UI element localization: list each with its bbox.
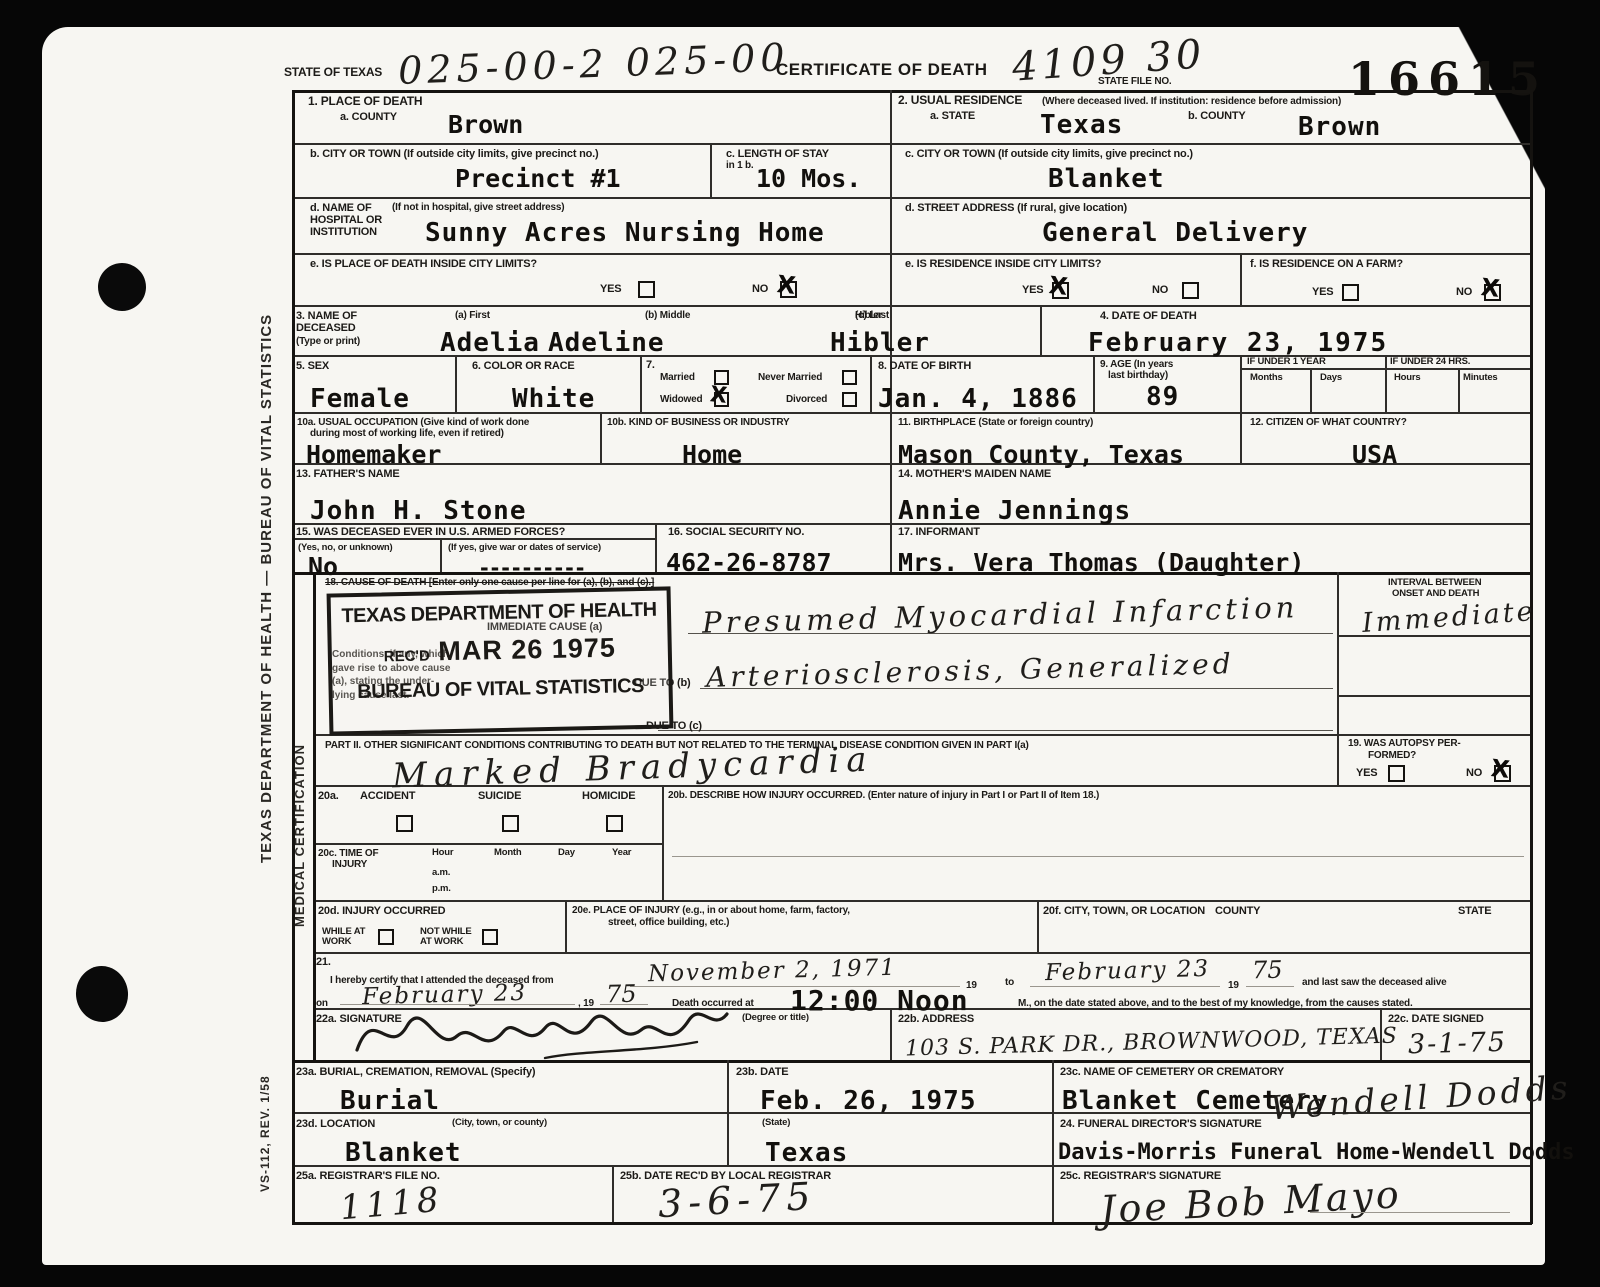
field-13-label: 13. FATHER'S NAME — [296, 468, 400, 481]
grid-line — [440, 538, 442, 572]
checkbox-19-yes — [1388, 765, 1405, 782]
grid-line — [1385, 355, 1387, 412]
field-19-label: FORMED? — [1368, 750, 1416, 762]
field-23a-value: Burial — [340, 1086, 440, 1116]
grid-line — [710, 143, 712, 197]
grid-line — [292, 305, 1532, 307]
field-23d-city-value: Blanket — [345, 1138, 462, 1168]
field-2b-label: b. COUNTY — [1188, 110, 1245, 123]
field-2b-value: Brown — [1298, 112, 1381, 142]
checkbox-2f-no-mark: X — [1480, 275, 1501, 301]
field-6-label: 6. COLOR OR RACE — [472, 360, 575, 373]
state-file-number: 16615 — [1348, 52, 1548, 106]
sidebar-department-label: TEXAS DEPARTMENT OF HEALTH — BUREAU OF V… — [258, 236, 275, 940]
grid-line — [292, 90, 295, 1224]
field-7-label: 7. — [646, 359, 655, 372]
field-20d-label: 20d. INJURY OCCURRED — [318, 905, 445, 918]
checkbox-20a-accident — [396, 815, 413, 832]
field-19-yes-label: YES — [1356, 767, 1377, 780]
field-19-label: 19. WAS AUTOPSY PER- — [1348, 738, 1461, 750]
field-3b-label: (b) Middle — [645, 310, 690, 322]
grid-line — [1240, 253, 1242, 305]
checkbox-20d-while-at-work — [378, 929, 394, 945]
field-9-under1yr-label: IF UNDER 1 YEAR — [1247, 357, 1326, 368]
field-21-text: and last saw the deceased alive — [1302, 977, 1446, 989]
field-22a-degree-label: (Degree or title) — [742, 1013, 809, 1024]
field-16-value: 462-26-8787 — [666, 548, 832, 577]
field-20c-pm-label: p.m. — [432, 884, 451, 895]
rule-line — [1246, 986, 1294, 987]
grid-line — [1052, 1060, 1054, 1222]
field-10b-label: 10b. KIND OF BUSINESS OR INDUSTRY — [607, 417, 790, 429]
field-1e-label: e. IS PLACE OF DEATH INSIDE CITY LIMITS? — [310, 258, 537, 271]
field-1c-value: 10 Mos. — [756, 164, 861, 193]
grid-line — [655, 523, 657, 572]
scanned-death-certificate: TEXAS DEPARTMENT OF HEALTH — BUREAU OF V… — [0, 0, 1600, 1287]
field-17-label: 17. INFORMANT — [898, 526, 980, 539]
rule-line — [658, 730, 1333, 731]
field-2d-label: d. STREET ADDRESS (If rural, give locati… — [905, 202, 1127, 215]
field-1e-no-label: NO — [752, 283, 768, 296]
field-23b-label: 23b. DATE — [736, 1066, 788, 1079]
field-5-label: 5. SEX — [296, 360, 329, 373]
field-2c-value: Blanket — [1048, 164, 1165, 194]
field-2c-label: c. CITY OR TOWN (If outside city limits,… — [905, 148, 1193, 161]
field-7-never-married-label: Never Married — [758, 372, 822, 384]
field-20c-label: INJURY — [332, 859, 367, 871]
stamp-line3: BUREAU OF VITAL STATISTICS — [332, 674, 668, 704]
field-10a-value: Homemaker — [306, 440, 441, 469]
field-1c-label: c. LENGTH OF STAY — [726, 148, 829, 161]
grid-line — [1040, 305, 1042, 355]
field-1d-value: Sunny Acres Nursing Home — [425, 218, 825, 248]
field-3-title: 3. NAME OF — [296, 310, 357, 323]
grid-line — [313, 734, 1532, 736]
field-20a-homicide-label: HOMICIDE — [582, 790, 635, 803]
field-2-subtitle: (Where deceased lived. If institution: r… — [1042, 96, 1341, 108]
field-1-title: 1. PLACE OF DEATH — [308, 95, 422, 109]
field-10a-label: during most of working life, even if ret… — [310, 428, 504, 440]
field-10b-value: Home — [682, 440, 742, 469]
field-21-to-handwritten: February 23 — [1045, 956, 1211, 986]
field-2f-label: f. IS RESIDENCE ON A FARM? — [1250, 258, 1403, 271]
grid-line — [313, 952, 1532, 954]
grid-line — [640, 355, 642, 412]
field-20f-state-label: STATE — [1458, 905, 1491, 918]
grid-line — [313, 900, 1532, 902]
field-7-married-label: Married — [660, 372, 695, 384]
field-3-subtitle: (Type or print) — [296, 336, 360, 348]
checkbox-7-never-married — [842, 370, 857, 385]
field-8-label: 8. DATE OF BIRTH — [878, 360, 971, 373]
field-24-label: 24. FUNERAL DIRECTOR'S SIGNATURE — [1060, 1118, 1262, 1131]
field-4-label: 4. DATE OF DEATH — [1100, 310, 1197, 323]
field-3c-value: Hibler — [830, 328, 930, 358]
grid-line — [1530, 90, 1533, 1224]
checkbox-7-divorced — [842, 392, 857, 407]
field-21-number: 21. — [316, 956, 331, 969]
field-20c-am-label: a.m. — [432, 868, 450, 879]
checkbox-1e-no-mark: X — [776, 272, 797, 298]
interval-label: ONSET AND DEATH — [1392, 589, 1479, 600]
field-2e-no-label: NO — [1152, 284, 1168, 297]
received-stamp: TEXAS DEPARTMENT OF HEALTH REC'D MAR 26 … — [327, 586, 674, 735]
grid-line — [292, 253, 1532, 255]
field-2d-value: General Delivery — [1042, 218, 1308, 248]
field-21-to-year-handwritten: 75 — [1252, 956, 1283, 985]
field-24-typed-value: Davis-Morris Funeral Home-Wendell Dodds — [1058, 1140, 1575, 1165]
grid-line — [1337, 695, 1532, 697]
grid-line — [1240, 355, 1242, 463]
grid-line — [1037, 900, 1039, 952]
field-5-value: Female — [310, 384, 410, 414]
field-9-minutes-label: Minutes — [1463, 373, 1498, 384]
field-20a-accident-label: ACCIDENT — [360, 790, 415, 803]
field-11-value: Mason County, Texas — [898, 440, 1184, 469]
checkbox-7-widowed-mark: X — [709, 384, 728, 408]
field-18-label: 18. CAUSE OF DEATH [Enter only one cause… — [325, 577, 654, 589]
field-20c-hour-label: Hour — [432, 848, 453, 859]
grid-line — [292, 1222, 1532, 1225]
field-10a-label: 10a. USUAL OCCUPATION (Give kind of work… — [297, 417, 529, 429]
field-20e-label: street, office building, etc.) — [608, 917, 729, 929]
field-23b-value: Feb. 26, 1975 — [760, 1086, 977, 1116]
field-20a-label: 20a. — [318, 790, 339, 803]
field-3c-label: (c) Last — [855, 310, 889, 322]
field-20c-year-label: Year — [612, 848, 631, 859]
field-25b-handwritten-value: 3-6-75 — [657, 1174, 817, 1226]
field-2f-no-label: NO — [1456, 286, 1472, 299]
checkbox-20d-not-while-at-work — [482, 929, 498, 945]
grid-line — [455, 355, 457, 412]
field-1d-label: INSTITUTION — [310, 226, 377, 239]
field-2a-label: a. STATE — [930, 110, 975, 123]
field-3a-value: Adelia — [440, 328, 540, 358]
field-15-label: 15. WAS DECEASED EVER IN U.S. ARMED FORC… — [296, 526, 565, 539]
field-20f-county-label: COUNTY — [1215, 905, 1260, 918]
field-2a-value: Texas — [1040, 110, 1123, 140]
field-20c-day-label: Day — [558, 848, 575, 859]
certifying-physician-signature — [345, 992, 735, 1064]
rule-line — [1310, 1212, 1510, 1213]
grid-line — [1337, 572, 1339, 785]
grid-line — [313, 843, 662, 845]
field-1d-paren: (If not in hospital, give street address… — [392, 202, 564, 214]
field-20d-notwhile-label: AT WORK — [420, 937, 463, 948]
field-22c-label: 22c. DATE SIGNED — [1388, 1013, 1484, 1026]
field-20f-label: 20f. CITY, TOWN, OR LOCATION — [1043, 905, 1205, 918]
field-1c-sublabel: in 1 b. — [726, 160, 754, 172]
grid-line — [870, 355, 872, 412]
field-4-value: February 23, 1975 — [1088, 328, 1388, 358]
field-9-days-label: Days — [1320, 373, 1342, 384]
field-20c-month-label: Month — [494, 848, 522, 859]
field-11-label: 11. BIRTHPLACE (State or foreign country… — [898, 417, 1093, 429]
state-of-texas-label: STATE OF TEXAS — [284, 66, 382, 80]
field-2-title: 2. USUAL RESIDENCE — [898, 94, 1022, 108]
field-1d-label: HOSPITAL OR — [310, 214, 382, 227]
field-2f-yes-label: YES — [1312, 286, 1333, 299]
field-20d-whileat-label: WORK — [322, 937, 351, 948]
field-16-label: 16. SOCIAL SECURITY NO. — [668, 526, 804, 539]
grid-line — [600, 412, 602, 463]
field-3-title: DECEASED — [296, 322, 356, 335]
field-21-to-label: to — [1005, 977, 1014, 989]
stamp-recd: REC'D — [384, 647, 430, 665]
field-7-divorced-label: Divorced — [786, 394, 827, 406]
field-21-19-prefix: 19 — [1228, 980, 1239, 992]
field-8-value: Jan. 4, 1886 — [878, 384, 1078, 414]
grid-line — [1093, 355, 1095, 412]
field-1a-label: a. COUNTY — [340, 111, 397, 124]
field-2e-label: e. IS RESIDENCE INSIDE CITY LIMITS? — [905, 258, 1101, 271]
stamp-line1: TEXAS DEPARTMENT OF HEALTH — [331, 598, 667, 628]
checkbox-2f-yes — [1342, 284, 1359, 301]
field-21-on-label: on — [316, 998, 328, 1010]
checkbox-1e-yes — [638, 281, 655, 298]
state-file-no-label: STATE FILE NO. — [1098, 76, 1172, 88]
field-9-hours-label: Hours — [1394, 373, 1420, 384]
field-17-value: Mrs. Vera Thomas (Daughter) — [898, 548, 1304, 577]
grid-line — [662, 785, 664, 900]
field-14-label: 14. MOTHER'S MAIDEN NAME — [898, 468, 1051, 481]
grid-line — [1310, 368, 1312, 412]
field-20b-label: 20b. DESCRIBE HOW INJURY OCCURRED. (Ente… — [668, 790, 1099, 802]
checkbox-20a-homicide — [606, 815, 623, 832]
checkbox-2e-no — [1182, 282, 1199, 299]
rule-line — [1030, 986, 1220, 987]
sidebar-form-number: VS-112, REV. 1/58 — [258, 1040, 272, 1228]
certificate-title: CERTIFICATE OF DEATH — [776, 60, 987, 80]
field-9-months-label: Months — [1250, 373, 1283, 384]
field-9-label: 9. AGE (In years — [1100, 359, 1173, 371]
grid-line — [612, 1165, 614, 1222]
field-1d-label: d. NAME OF — [310, 202, 372, 215]
field-20e-label: 20e. PLACE OF INJURY (e.g., in or about … — [572, 905, 850, 917]
field-2e-yes-label: YES — [1022, 284, 1043, 297]
field-1b-value: Precinct #1 — [455, 164, 621, 193]
grid-line — [1458, 368, 1460, 412]
grid-line — [565, 900, 567, 952]
field-13-value: John H. Stone — [310, 496, 527, 526]
field-1a-value: Brown — [448, 110, 523, 139]
field-23d-state-sublabel: (State) — [762, 1118, 790, 1129]
field-9-label: last birthday) — [1108, 370, 1168, 382]
field-23c-label: 23c. NAME OF CEMETERY OR CREMATORY — [1060, 1066, 1284, 1079]
field-7-widowed-label: Widowed — [660, 394, 702, 406]
field-12-label: 12. CITIZEN OF WHAT COUNTRY? — [1250, 417, 1407, 429]
field-9-under24-label: IF UNDER 24 HRS. — [1390, 357, 1470, 368]
field-23d-label: 23d. LOCATION — [296, 1118, 375, 1131]
field-18c-label: DUE TO (c) — [646, 720, 702, 733]
field-15-sub2-label: (If yes, give war or dates of service) — [448, 543, 601, 554]
field-6-value: White — [512, 384, 595, 414]
field-23a-label: 23a. BURIAL, CREMATION, REMOVAL (Specify… — [296, 1066, 535, 1079]
grid-line — [292, 143, 1532, 145]
field-22c-handwritten-value: 3-1-75 — [1408, 1027, 1508, 1061]
field-3b-value: Adeline — [548, 328, 665, 358]
field-1b-label: b. CITY OR TOWN (If outside city limits,… — [310, 148, 599, 161]
checkbox-2e-yes-mark: X — [1048, 273, 1069, 299]
field-25c-label: 25c. REGISTRAR'S SIGNATURE — [1060, 1170, 1221, 1183]
field-23d-state-value: Texas — [765, 1138, 848, 1168]
field-1e-yes-label: YES — [600, 283, 621, 296]
field-23d-city-sublabel: (City, town, or county) — [452, 1118, 547, 1129]
field-14-value: Annie Jennings — [898, 496, 1131, 526]
field-21-text: M., on the date stated above, and to the… — [1018, 998, 1413, 1010]
field-20c-label: 20c. TIME OF — [318, 848, 378, 860]
checkbox-19-no-mark: X — [1490, 756, 1511, 782]
stamp-date: MAR 26 1975 — [438, 633, 616, 667]
checkbox-20a-suicide — [502, 815, 519, 832]
rule-line — [672, 856, 1524, 857]
field-22b-label: 22b. ADDRESS — [898, 1013, 974, 1026]
grid-line — [727, 1060, 729, 1165]
grid-line — [292, 197, 1532, 199]
field-19-no-label: NO — [1466, 767, 1482, 780]
field-12-value: USA — [1352, 440, 1397, 469]
grid-line — [313, 572, 316, 1060]
field-3a-label: (a) First — [455, 310, 490, 322]
field-20a-suicide-label: SUICIDE — [478, 790, 521, 803]
grid-line — [292, 1165, 1532, 1167]
field-9-value: 89 — [1146, 382, 1179, 412]
